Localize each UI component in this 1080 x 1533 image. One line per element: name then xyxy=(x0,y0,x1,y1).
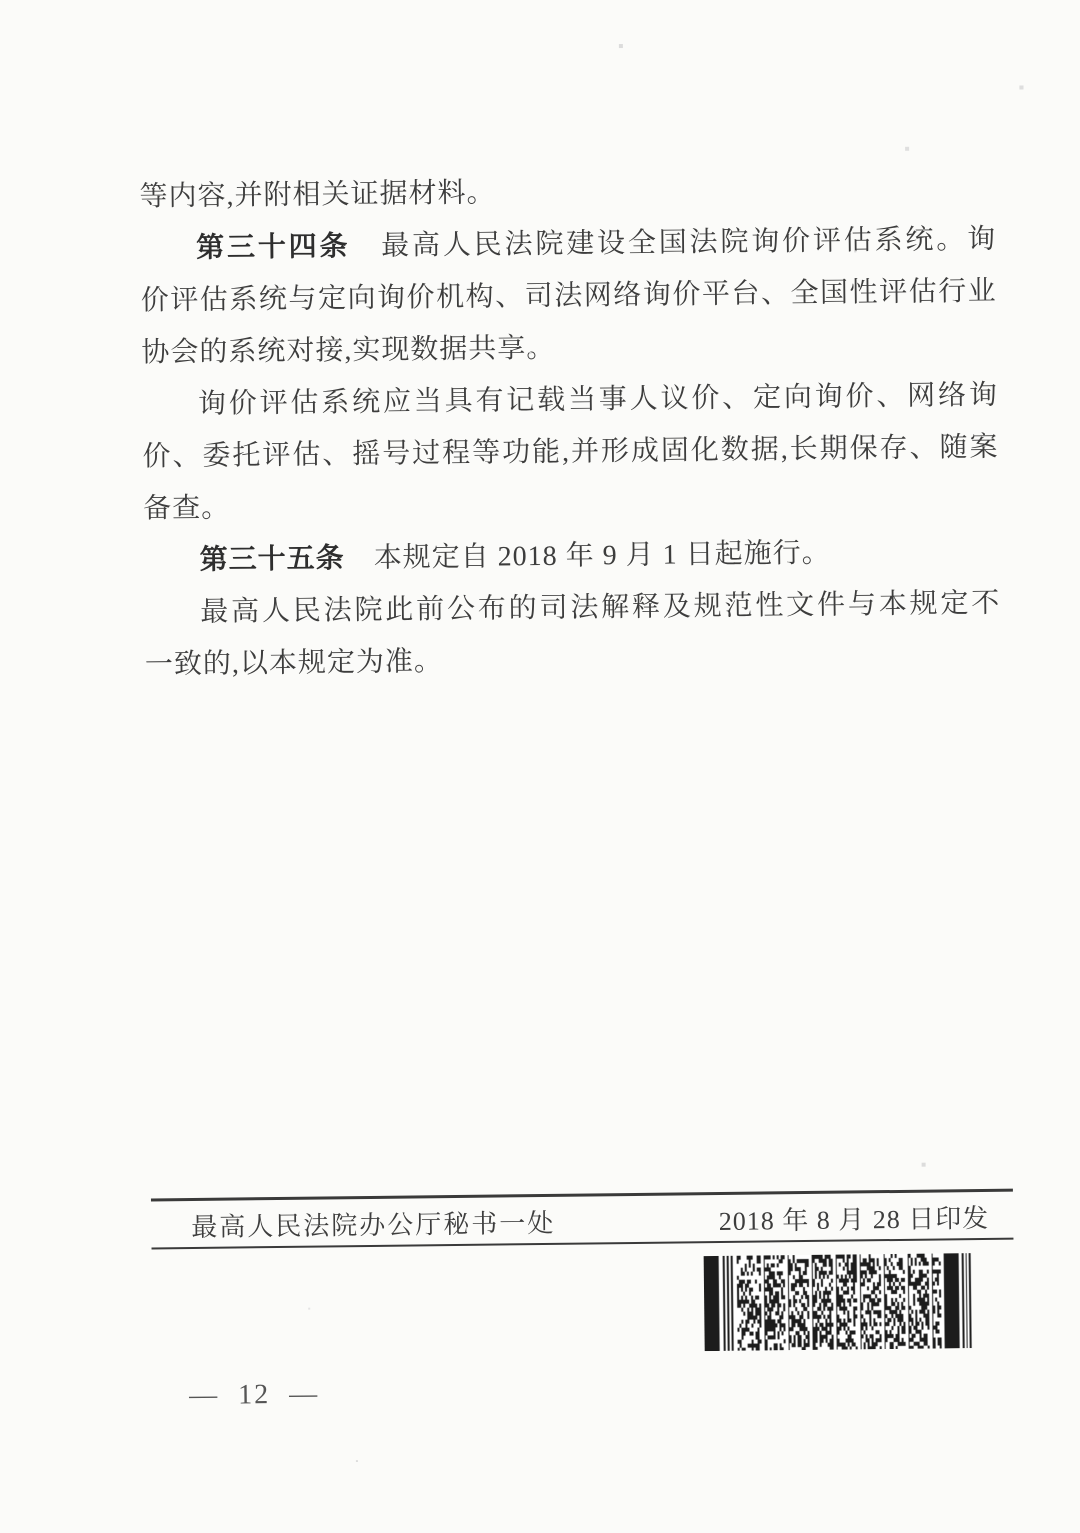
body-line-2: 第三十四条 最高人民法院建设全国法院询价评估系统。询 xyxy=(140,213,997,275)
body-line-7: 备查。 xyxy=(143,473,1000,535)
print-date: 2018 年 8 月 28 日印发 xyxy=(718,1197,989,1237)
line-text: 最高人民法院此前公布的司法解释及规范性文件与本规定不 xyxy=(200,588,1000,628)
scanned-document-page: 等内容,并附相关证据材料。 第三十四条 最高人民法院建设全国法院询价评估系统。询… xyxy=(0,0,1080,1533)
issuing-office: 最高人民法院办公厅秘书一处 xyxy=(191,1202,555,1243)
line-text: 价评估系统与定向询价机构、司法网络询价平台、全国性评估行业 xyxy=(141,276,997,317)
page-number: — 12 — xyxy=(189,1379,319,1412)
body-line-6: 价、委托评估、摇号过程等功能,并形成固化数据,长期保存、随案 xyxy=(142,421,999,483)
line-text: 询价评估系统应当具有记载当事人议价、定向询价、网络询 xyxy=(198,380,998,420)
body-line-3: 价评估系统与定向询价机构、司法网络询价平台、全国性评估行业 xyxy=(140,265,997,327)
line-text: 备查。 xyxy=(143,493,230,525)
pdf417-barcode xyxy=(704,1253,973,1351)
line-text: 本规定自 2018 年 9 月 1 日起施行。 xyxy=(345,538,831,575)
body-line-10: 一致的,以本规定为准。 xyxy=(145,629,1002,691)
body-line-1: 等内容,并附相关证据材料。 xyxy=(139,161,996,223)
colophon: 最高人民法院办公厅秘书一处 2018 年 8 月 28 日印发 xyxy=(151,1189,1014,1250)
line-text: 最高人民法院建设全国法院询价评估系统。询 xyxy=(350,224,996,262)
regulation-body: 等内容,并附相关证据材料。 第三十四条 最高人民法院建设全国法院询价评估系统。询… xyxy=(139,161,1001,691)
body-line-9: 最高人民法院此前公布的司法解释及规范性文件与本规定不 xyxy=(144,577,1001,639)
article-number-35: 第三十五条 xyxy=(200,542,345,575)
article-number-34: 第三十四条 xyxy=(196,230,351,263)
line-text: 一致的,以本规定为准。 xyxy=(145,646,443,680)
line-text: 协会的系统对接,实现数据共享。 xyxy=(141,333,555,369)
scanned-sheet: 等内容,并附相关证据材料。 第三十四条 最高人民法院建设全国法院询价评估系统。询… xyxy=(0,0,1080,1533)
line-text: 价、委托评估、摇号过程等功能,并形成固化数据,长期保存、随案 xyxy=(142,432,998,473)
line-text: 等内容,并附相关证据材料。 xyxy=(139,177,495,212)
